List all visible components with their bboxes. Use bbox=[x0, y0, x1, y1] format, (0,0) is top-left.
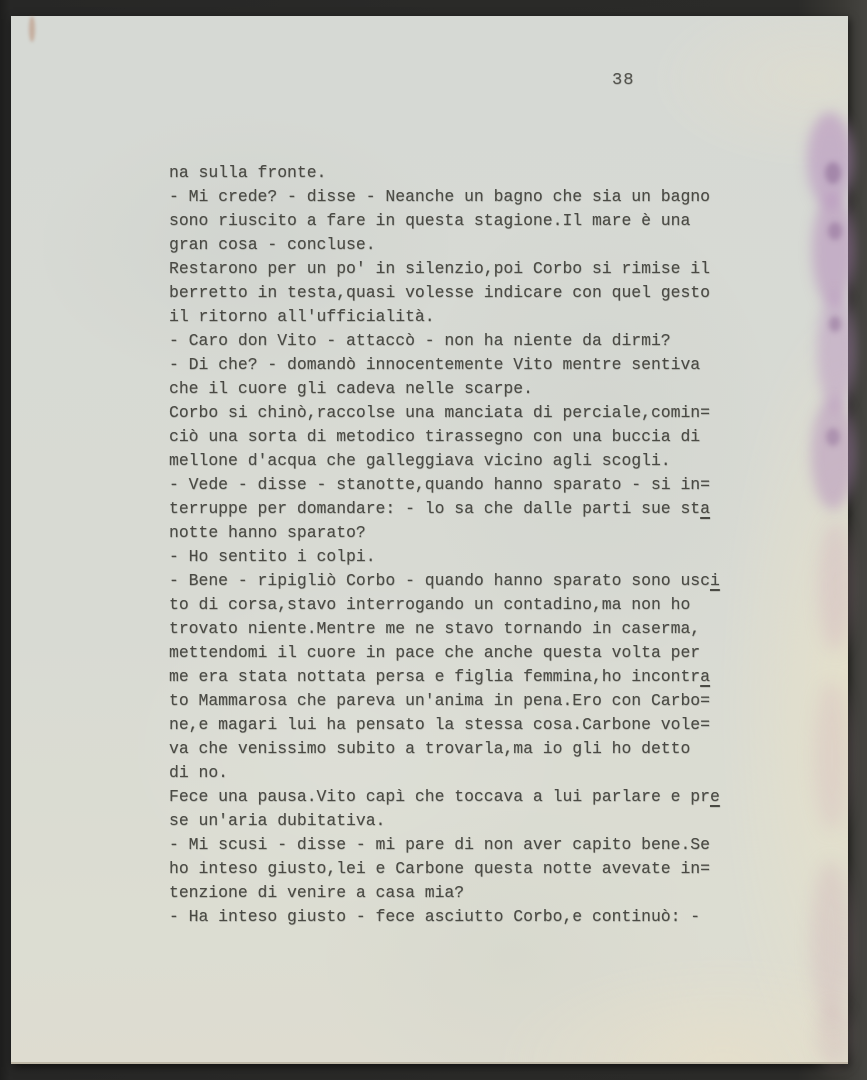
faint-stain-wash bbox=[817, 1006, 851, 1066]
ink-stain-spot bbox=[829, 316, 841, 332]
text-line: terruppe per domandare: - lo sa che dall… bbox=[169, 497, 749, 521]
page-number: 38 bbox=[612, 72, 634, 89]
text-line: to Mammarosa che pareva un'anima in pena… bbox=[169, 689, 749, 713]
text-line: ne,e magari lui ha pensato la stessa cos… bbox=[169, 713, 749, 737]
text-line: Fece una pausa.Vito capì che toccava a l… bbox=[169, 785, 749, 809]
text-line: che il cuore gli cadeva nelle scarpe. bbox=[169, 377, 749, 401]
ink-stain-blob bbox=[817, 292, 855, 410]
faint-stain-wash bbox=[811, 861, 851, 1021]
underlined-char: i bbox=[710, 571, 720, 590]
faint-stain-wash bbox=[819, 521, 851, 651]
underlined-char: a bbox=[700, 667, 710, 686]
text-line: gran cosa - concluse. bbox=[169, 233, 749, 257]
ink-stain-spot bbox=[826, 428, 840, 446]
text-line: se un'aria dubitativa. bbox=[169, 809, 749, 833]
text-line: mettendomi il cuore in pace che anche qu… bbox=[169, 641, 749, 665]
text-line: sono riuscito a fare in questa stagione.… bbox=[169, 209, 749, 233]
typewritten-text-block: na sulla fronte.- Mi crede? - disse - Ne… bbox=[169, 161, 749, 929]
text-line: berretto in testa,quasi volesse indicare… bbox=[169, 281, 749, 305]
ink-stain-blob bbox=[812, 194, 854, 306]
faint-stain-wash bbox=[814, 681, 850, 831]
text-line: va che venissimo subito a trovarla,ma io… bbox=[169, 737, 749, 761]
text-line: tenzione di venire a casa mia? bbox=[169, 881, 749, 905]
text-line: mellone d'acqua che galleggiava vicino a… bbox=[169, 449, 749, 473]
text-line: - Ho sentito i colpi. bbox=[169, 545, 749, 569]
ink-stain-blob bbox=[807, 112, 853, 208]
ink-stain-spot bbox=[828, 222, 842, 240]
text-line: - Caro don Vito - attaccò - non ha nient… bbox=[169, 329, 749, 353]
scan-background: 38 na sulla fronte.- Mi crede? - disse -… bbox=[0, 0, 867, 1080]
text-line: di no. bbox=[169, 761, 749, 785]
text-line: - Bene - ripigliò Corbo - quando hanno s… bbox=[169, 569, 749, 593]
text-line: trovato niente.Mentre me ne stavo tornan… bbox=[169, 617, 749, 641]
text-line: - Mi scusi - disse - mi pare di non aver… bbox=[169, 833, 749, 857]
text-line: to di corsa,stavo interrogando un contad… bbox=[169, 593, 749, 617]
underlined-char: e bbox=[710, 787, 720, 806]
rust-mark bbox=[29, 16, 35, 42]
text-line: Restarono per un po' in silenzio,poi Cor… bbox=[169, 257, 749, 281]
underlined-char: a bbox=[700, 499, 710, 518]
ink-stain-blob bbox=[811, 398, 855, 510]
text-line: - Vede - disse - stanotte,quando hanno s… bbox=[169, 473, 749, 497]
text-line: il ritorno all'ufficialità. bbox=[169, 305, 749, 329]
text-line: - Ha inteso giusto - fece asciutto Corbo… bbox=[169, 905, 749, 929]
text-line: ho inteso giusto,lei e Carbone questa no… bbox=[169, 857, 749, 881]
text-line: - Di che? - domandò innocentemente Vito … bbox=[169, 353, 749, 377]
text-line: - Mi crede? - disse - Neanche un bagno c… bbox=[169, 185, 749, 209]
text-line: Corbo si chinò,raccolse una manciata di … bbox=[169, 401, 749, 425]
text-line: notte hanno sparato? bbox=[169, 521, 749, 545]
text-line: ciò una sorta di metodico tirassegno con… bbox=[169, 425, 749, 449]
ink-stain-spot bbox=[825, 162, 841, 184]
text-line: na sulla fronte. bbox=[169, 161, 749, 185]
text-line: me era stata nottata persa e figlia femm… bbox=[169, 665, 749, 689]
manuscript-page: 38 na sulla fronte.- Mi crede? - disse -… bbox=[11, 16, 848, 1064]
